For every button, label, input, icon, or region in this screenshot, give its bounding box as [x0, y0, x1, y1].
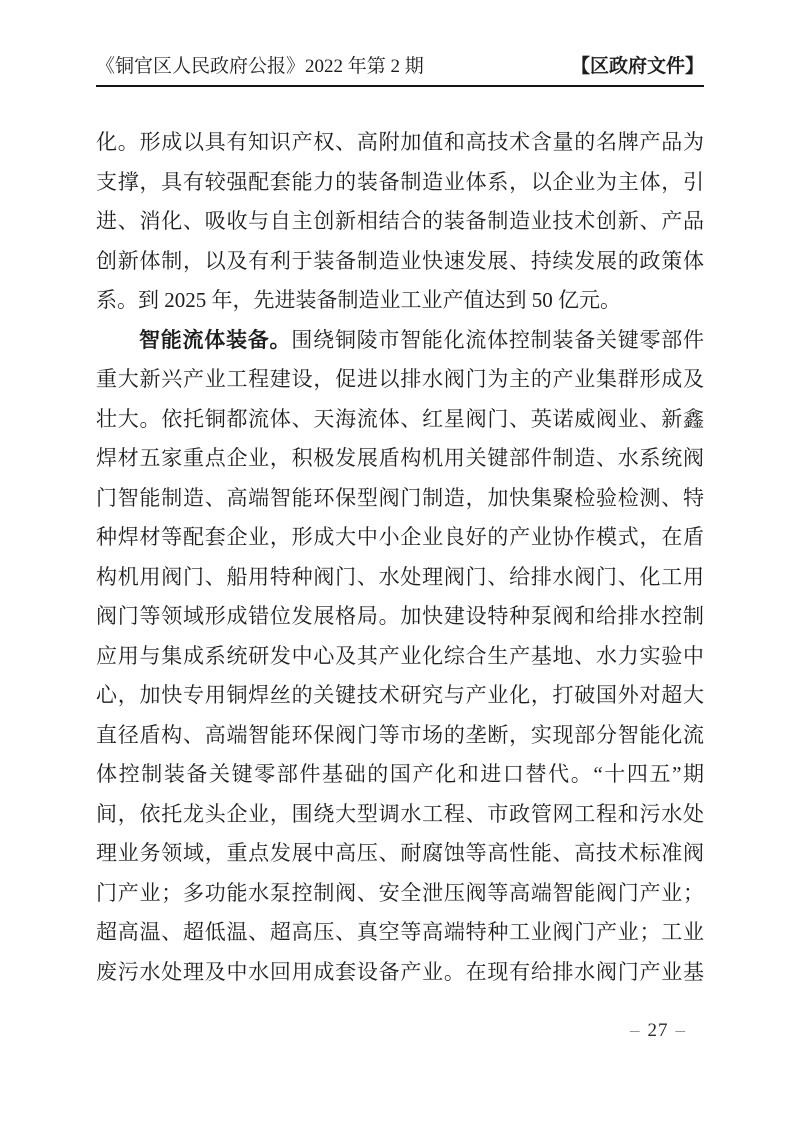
text-line: 焊材五家重点企业，积极发展盾构机用关键部件制造、水系统阀 [96, 439, 704, 479]
paragraph-lead-line: 智能流体装备。围绕铜陵市智能化流体控制装备关键零部件 [96, 321, 704, 361]
paragraph-continuation: 化。形成以具有知识产权、高附加值和高技术含量的名牌产品为 支撑，具有较强配套能力… [96, 123, 704, 321]
text-line: 围绕铜陵市智能化流体控制装备关键零部件 [291, 328, 704, 352]
section-label: 【区政府文件】 [571, 56, 704, 78]
text-line: 门智能制造、高端智能环保型阀门制造，加快集聚检验检测、特 [96, 479, 704, 519]
page-number-dash-left: – [623, 1020, 648, 1041]
document-body: 化。形成以具有知识产权、高附加值和高技术含量的名牌产品为 支撑，具有较强配套能力… [96, 123, 704, 992]
text-line: 进、消化、吸收与自主创新相结合的装备制造业技术创新、产品 [96, 202, 704, 242]
text-line: 化。形成以具有知识产权、高附加值和高技术含量的名牌产品为 [96, 123, 704, 163]
text-line: 体控制装备关键零部件基础的国产化和进口替代。“十四五”期 [96, 755, 704, 795]
text-line: 心，加快专用铜焊丝的关键技术研究与产业化，打破国外对超大 [96, 676, 704, 716]
text-line: 理业务领域，重点发展中高压、耐腐蚀等高性能、高技术标准阀 [96, 834, 704, 874]
text-line: 壮大。依托铜都流体、天海流体、红星阀门、英诺威阀业、新鑫 [96, 400, 704, 440]
text-line: 直径盾构、高端智能环保阀门等市场的垄断，实现部分智能化流 [96, 716, 704, 756]
page-number-dash-right: – [669, 1020, 694, 1041]
document-page: 《铜官区人民政府公报》2022 年第 2 期 【区政府文件】 化。形成以具有知识… [0, 0, 793, 1122]
page-footer: –27– [623, 1019, 693, 1043]
text-line: 重大新兴产业工程建设，促进以排水阀门为主的产业集群形成及 [96, 360, 704, 400]
text-line: 门产业；多功能水泵控制阀、安全泄压阀等高端智能阀门产业； [96, 874, 704, 914]
paragraph-smart-fluid-equipment: 智能流体装备。围绕铜陵市智能化流体控制装备关键零部件 重大新兴产业工程建设，促进… [96, 321, 704, 993]
text-line: 构机用阀门、船用特种阀门、水处理阀门、给排水阀门、化工用 [96, 558, 704, 598]
text-line: 应用与集成系统研发中心及其产业化综合生产基地、水力实验中 [96, 637, 704, 677]
gazette-title: 《铜官区人民政府公报》2022 年第 2 期 [96, 56, 424, 78]
text-line: 超高温、超低温、超高压、真空等高端特种工业阀门产业；工业 [96, 913, 704, 953]
page-number: 27 [648, 1020, 669, 1041]
text-line: 阀门等领域形成错位发展格局。加快建设特种泵阀和给排水控制 [96, 597, 704, 637]
text-line: 创新体制，以及有利于装备制造业快速发展、持续发展的政策体 [96, 242, 704, 282]
page-header: 《铜官区人民政府公报》2022 年第 2 期 【区政府文件】 [96, 56, 704, 87]
text-line: 系。到 2025 年，先进装备制造业工业产值达到 50 亿元。 [96, 281, 704, 321]
text-line: 种焊材等配套企业，形成大中小企业良好的产业协作模式，在盾 [96, 518, 704, 558]
text-line: 废污水处理及中水回用成套设备产业。在现有给排水阀门产业基 [96, 953, 704, 993]
text-line: 支撑，具有较强配套能力的装备制造业体系，以企业为主体，引 [96, 163, 704, 203]
paragraph-run-in-heading: 智能流体装备。 [139, 328, 291, 352]
text-line: 间，依托龙头企业，围绕大型调水工程、市政管网工程和污水处 [96, 795, 704, 835]
